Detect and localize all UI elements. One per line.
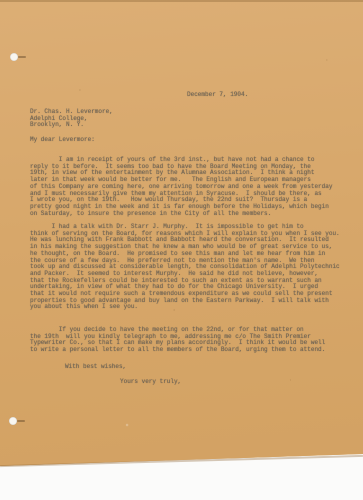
paragraph-3: If you decide to have the meeting on the… [30, 327, 325, 354]
closing-signature: Yours very truly, [120, 379, 181, 386]
paragraph-2: I had a talk with Dr. Starr J. Murphy. I… [30, 224, 340, 311]
paper-top-edge [0, 0, 363, 2]
salutation: My dear Levermore: [30, 137, 95, 144]
punch-hole-top-icon [10, 53, 18, 61]
recipient-address: Dr. Chas. H. Levermore, Adelphi College,… [30, 109, 113, 129]
letter-body: December 7, 1904. Dr. Chas. H. Levermore… [30, 92, 355, 159]
punch-hole-bottom-icon [9, 417, 17, 425]
letter-date: December 7, 1904. [187, 92, 248, 99]
paragraph-1: I am in receipt of yours of the 3rd inst… [30, 157, 332, 217]
scan-background: December 7, 1904. Dr. Chas. H. Levermore… [0, 0, 363, 500]
closing-wishes: With best wishes, [65, 364, 126, 371]
